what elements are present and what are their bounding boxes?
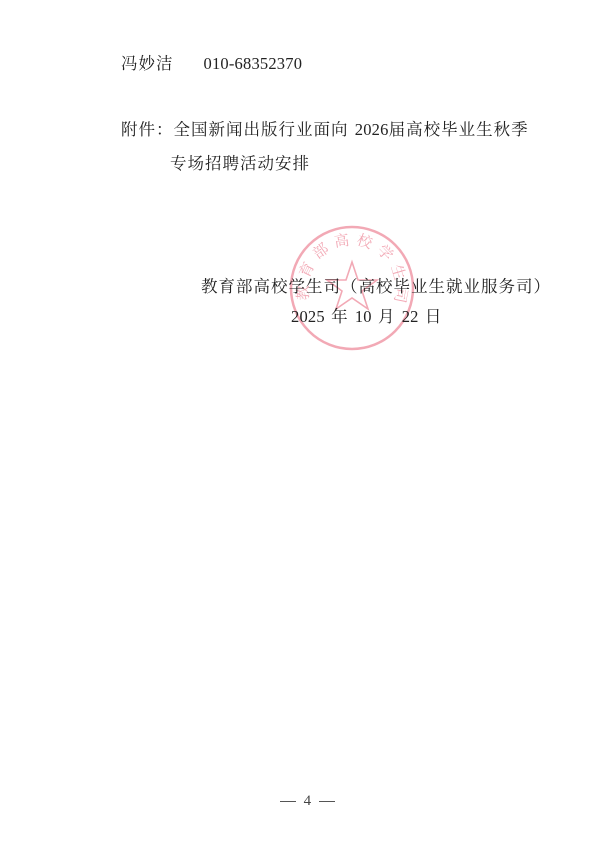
contact-line: 冯妙洁010-68352370	[121, 50, 302, 74]
date-year-unit: 年	[331, 307, 349, 326]
date-day-unit: 日	[425, 307, 443, 326]
contact-phone: 010-68352370	[204, 54, 303, 73]
page-number-value: 4	[304, 793, 312, 809]
contact-name: 冯妙洁	[121, 54, 174, 73]
attachment-line-2: 专场招聘活动安排	[170, 150, 310, 174]
attachment-title-year: 2026	[355, 120, 389, 139]
signing-organization: 教育部高校学生司（高校毕业生就业服务司）	[201, 273, 551, 297]
page-number: 4	[0, 791, 615, 810]
attachment-title-post: 届高校毕业生秋季	[389, 120, 529, 139]
attachment-title-pre: 全国新闻出版行业面向	[174, 120, 349, 139]
dash-left	[280, 801, 296, 802]
attachment-label: 附件：	[121, 120, 174, 139]
date-month-unit: 月	[378, 307, 396, 326]
date-year: 2025	[291, 307, 325, 326]
attachment-title-line2: 专场招聘活动安排	[170, 154, 310, 173]
attachment-line-1: 附件：全国新闻出版行业面向 2026届高校毕业生秋季	[121, 116, 529, 140]
date-day: 22	[402, 307, 419, 326]
dash-right	[319, 801, 335, 802]
date-month: 10	[355, 307, 372, 326]
signing-date: 2025 年 10 月 22 日	[291, 303, 442, 327]
